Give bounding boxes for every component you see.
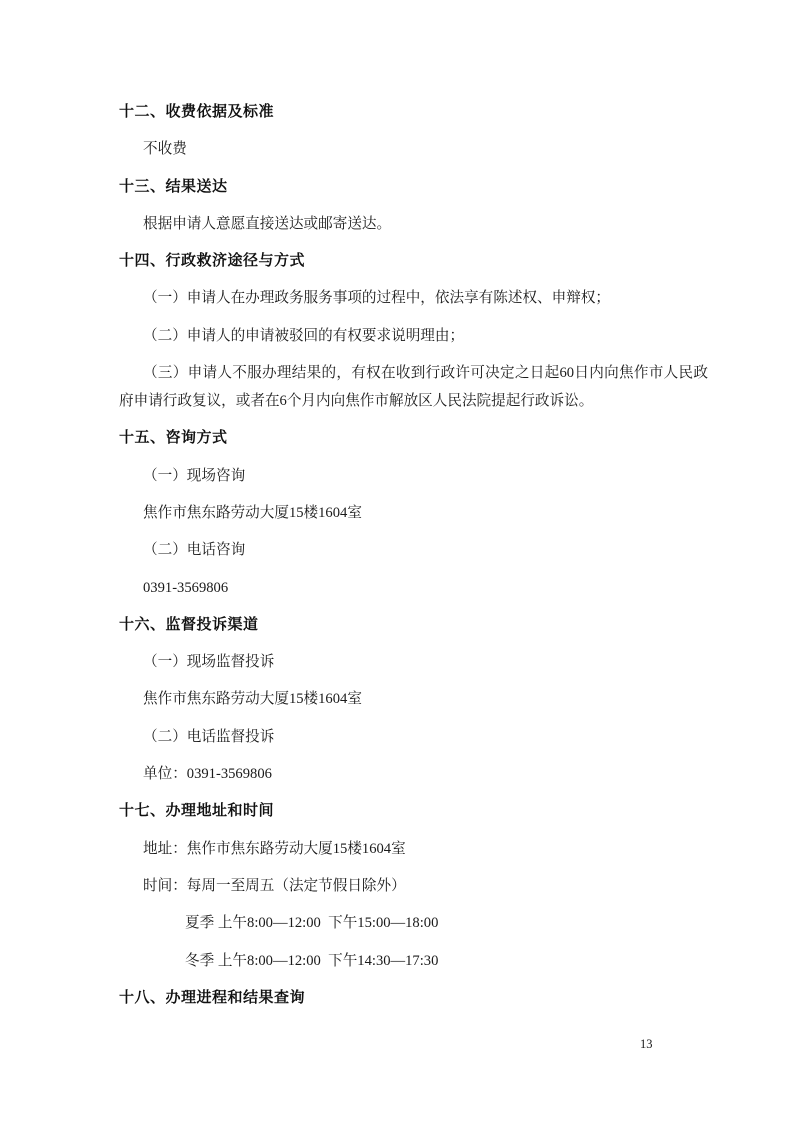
- body-paragraph: 不收费: [119, 135, 708, 163]
- body-paragraph: （一）现场咨询: [119, 462, 708, 490]
- section-heading: 十三、结果送达: [119, 173, 708, 201]
- body-paragraph: （二）申请人的申请被驳回的有权要求说明理由；: [119, 322, 708, 350]
- body-paragraph: （一）申请人在办理政务服务事项的过程中，依法享有陈述权、申辩权；: [119, 284, 708, 312]
- body-paragraph: 时间：每周一至周五（法定节假日除外）: [119, 872, 708, 900]
- body-paragraph: 地址：焦作市焦东路劳动大厦15楼1604室: [119, 835, 708, 863]
- document-page: 十二、收费依据及标准不收费十三、结果送达根据申请人意愿直接送达或邮寄送达。十四、…: [0, 0, 793, 1122]
- document-body: 十二、收费依据及标准不收费十三、结果送达根据申请人意愿直接送达或邮寄送达。十四、…: [119, 98, 708, 1021]
- body-paragraph: （三）申请人不服办理结果的，有权在收到行政许可决定之日起60日内向焦作市人民政府…: [119, 359, 708, 415]
- section-heading: 十二、收费依据及标准: [119, 98, 708, 126]
- body-paragraph: 夏季 上午8:00—12:00 下午15:00—18:00: [119, 909, 708, 937]
- section-heading: 十七、办理地址和时间: [119, 797, 708, 825]
- body-paragraph: 根据申请人意愿直接送达或邮寄送达。: [119, 210, 708, 238]
- body-paragraph: 焦作市焦东路劳动大厦15楼1604室: [119, 499, 708, 527]
- section-heading: 十五、咨询方式: [119, 424, 708, 452]
- body-paragraph: （二）电话咨询: [119, 536, 708, 564]
- section-heading: 十四、行政救济途径与方式: [119, 247, 708, 275]
- body-paragraph: （二）电话监督投诉: [119, 723, 708, 751]
- body-paragraph: 0391-3569806: [119, 574, 708, 602]
- page-number: 13: [640, 1036, 653, 1052]
- body-paragraph: （一）现场监督投诉: [119, 648, 708, 676]
- section-heading: 十八、办理进程和结果查询: [119, 984, 708, 1012]
- section-heading: 十六、监督投诉渠道: [119, 611, 708, 639]
- body-paragraph: 单位：0391-3569806: [119, 760, 708, 788]
- body-paragraph: 冬季 上午8:00—12:00 下午14:30—17:30: [119, 947, 708, 975]
- body-paragraph: 焦作市焦东路劳动大厦15楼1604室: [119, 685, 708, 713]
